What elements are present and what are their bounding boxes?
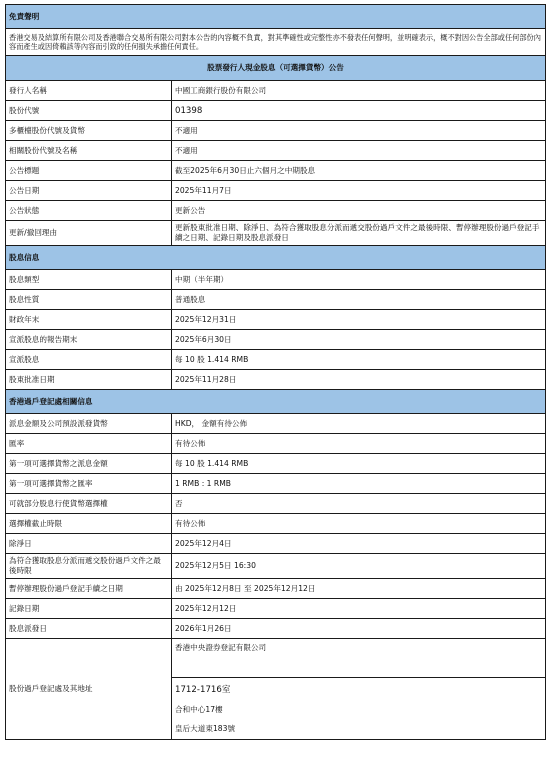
- label-shareholder-approval-date: 股東批准日期: [6, 370, 172, 390]
- label-multi-counter: 多櫃檯股份代號及貨幣: [6, 121, 172, 141]
- label-update-reason: 更新/撤回理由: [6, 221, 172, 246]
- value-financial-year-end: 2025年12月31日: [172, 310, 546, 330]
- row-ex-date: 除淨日 2025年12月4日: [6, 534, 546, 554]
- row-reporting-period-end: 宣派股息的報告期末 2025年6月30日: [6, 330, 546, 350]
- value-exchange-rate: 有待公佈: [172, 434, 546, 454]
- row-payment-date: 股息派發日 2026年1月26日: [6, 619, 546, 639]
- label-reporting-period-end: 宣派股息的報告期末: [6, 330, 172, 350]
- label-issuer-name: 發行人名稱: [6, 81, 172, 101]
- row-announcement-status: 公告狀態 更新公告: [6, 201, 546, 221]
- disclaimer-text: 香港交易及結算所有限公司及香港聯合交易所有限公司對本公告的內容概不負責，對其準確…: [6, 29, 546, 56]
- row-payment-currency: 派息金額及公司預設派發貨幣 HKD， 金額有待公佈: [6, 414, 546, 434]
- row-option1-amount: 第一項可選擇貨幣之派息金額 每 10 股 1.414 RMB: [6, 454, 546, 474]
- label-ex-date: 除淨日: [6, 534, 172, 554]
- value-election-deadline: 有待公佈: [172, 514, 546, 534]
- address-line-3: 皇后大道東183號: [175, 719, 542, 738]
- label-payment-date: 股息派發日: [6, 619, 172, 639]
- address-line-1: 1712-1716室: [175, 681, 542, 700]
- value-declared-dividend: 每 10 股 1.414 RMB: [172, 350, 546, 370]
- announcement-table: 免責聲明 香港交易及結算所有限公司及香港聯合交易所有限公司對本公告的內容概不負責…: [5, 4, 546, 740]
- label-option1-rate: 第一項可選擇貨幣之匯率: [6, 474, 172, 494]
- value-ex-date: 2025年12月4日: [172, 534, 546, 554]
- label-registrar: 股份過戶登記處及其地址: [6, 639, 172, 740]
- row-stock-code: 股份代號 01398: [6, 101, 546, 121]
- label-exchange-rate: 匯率: [6, 434, 172, 454]
- label-related-stock: 相關股份代號及名稱: [6, 141, 172, 161]
- value-transfer-deadline: 2025年12月5日 16:30: [172, 554, 546, 579]
- value-dividend-type: 中期（半年期）: [172, 270, 546, 290]
- value-stock-code: 01398: [172, 101, 546, 121]
- dividend-announcement-document: 免責聲明 香港交易及結算所有限公司及香港聯合交易所有限公司對本公告的內容概不負責…: [5, 4, 545, 740]
- row-dividend-type: 股息類型 中期（半年期）: [6, 270, 546, 290]
- disclaimer-title: 免責聲明: [6, 5, 546, 29]
- row-multi-counter: 多櫃檯股份代號及貨幣 不適用: [6, 121, 546, 141]
- label-dividend-nature: 股息性質: [6, 290, 172, 310]
- value-option1-amount: 每 10 股 1.414 RMB: [172, 454, 546, 474]
- label-record-date: 記錄日期: [6, 599, 172, 619]
- row-related-stock: 相關股份代號及名稱 不適用: [6, 141, 546, 161]
- row-exchange-rate: 匯率 有待公佈: [6, 434, 546, 454]
- value-reporting-period-end: 2025年6月30日: [172, 330, 546, 350]
- address-line-2: 合和中心17樓: [175, 700, 542, 719]
- value-announcement-title: 截至2025年6月30日止六個月之中期股息: [172, 161, 546, 181]
- row-update-reason: 更新/撤回理由 更新股東批准日期、除淨日、為符合獲取股息分派而遞交股份過戶文件之…: [6, 221, 546, 246]
- value-related-stock: 不適用: [172, 141, 546, 161]
- value-option1-rate: 1 RMB : 1 RMB: [172, 474, 546, 494]
- row-financial-year-end: 財政年末 2025年12月31日: [6, 310, 546, 330]
- row-declared-dividend: 宣派股息 每 10 股 1.414 RMB: [6, 350, 546, 370]
- label-transfer-deadline: 為符合獲取股息分派而遞交股份過戶文件之最後時限: [6, 554, 172, 579]
- announcement-title: 股票發行人現金股息（可選擇貨幣）公告: [6, 56, 546, 81]
- label-announcement-title: 公告標題: [6, 161, 172, 181]
- label-option1-amount: 第一項可選擇貨幣之派息金額: [6, 454, 172, 474]
- value-announcement-status: 更新公告: [172, 201, 546, 221]
- row-shareholder-approval-date: 股東批准日期 2025年11月28日: [6, 370, 546, 390]
- row-announcement-title: 公告標題 截至2025年6月30日止六個月之中期股息: [6, 161, 546, 181]
- value-shareholder-approval-date: 2025年11月28日: [172, 370, 546, 390]
- value-dividend-nature: 普通股息: [172, 290, 546, 310]
- row-record-date: 記錄日期 2025年12月12日: [6, 599, 546, 619]
- value-book-closure: 由 2025年12月8日 至 2025年12月12日: [172, 579, 546, 599]
- row-registrar: 股份過戶登記處及其地址 香港中央證券登記有限公司: [6, 639, 546, 678]
- row-dividend-nature: 股息性質 普通股息: [6, 290, 546, 310]
- label-declared-dividend: 宣派股息: [6, 350, 172, 370]
- label-dividend-type: 股息類型: [6, 270, 172, 290]
- value-payment-date: 2026年1月26日: [172, 619, 546, 639]
- row-election-deadline: 選擇權截止時限 有待公佈: [6, 514, 546, 534]
- label-partial-election: 可就部分股息行使貨幣選擇權: [6, 494, 172, 514]
- row-option1-rate: 第一項可選擇貨幣之匯率 1 RMB : 1 RMB: [6, 474, 546, 494]
- row-partial-election: 可就部分股息行使貨幣選擇權 否: [6, 494, 546, 514]
- value-update-reason: 更新股東批准日期、除淨日、為符合獲取股息分派而遞交股份過戶文件之最後時限、暫停辦…: [172, 221, 546, 246]
- label-payment-currency: 派息金額及公司預設派發貨幣: [6, 414, 172, 434]
- label-financial-year-end: 財政年末: [6, 310, 172, 330]
- value-announcement-date: 2025年11月7日: [172, 181, 546, 201]
- row-book-closure: 暫停辦理股份過戶登記手續之日期 由 2025年12月8日 至 2025年12月1…: [6, 579, 546, 599]
- section-dividend-info-title: 股息信息: [6, 246, 546, 270]
- row-announcement-date: 公告日期 2025年11月7日: [6, 181, 546, 201]
- value-registrar-name: 香港中央證券登記有限公司: [172, 639, 546, 678]
- value-issuer-name: 中國工商銀行股份有限公司: [172, 81, 546, 101]
- value-partial-election: 否: [172, 494, 546, 514]
- value-multi-counter: 不適用: [172, 121, 546, 141]
- value-registrar-address: 1712-1716室 合和中心17樓 皇后大道東183號: [172, 678, 546, 740]
- row-transfer-deadline: 為符合獲取股息分派而遞交股份過戶文件之最後時限 2025年12月5日 16:30: [6, 554, 546, 579]
- section-hk-registrar-title: 香港過戶登記處相關信息: [6, 390, 546, 414]
- value-payment-currency: HKD， 金額有待公佈: [172, 414, 546, 434]
- label-announcement-status: 公告狀態: [6, 201, 172, 221]
- value-record-date: 2025年12月12日: [172, 599, 546, 619]
- label-stock-code: 股份代號: [6, 101, 172, 121]
- label-announcement-date: 公告日期: [6, 181, 172, 201]
- label-election-deadline: 選擇權截止時限: [6, 514, 172, 534]
- row-issuer-name: 發行人名稱 中國工商銀行股份有限公司: [6, 81, 546, 101]
- label-book-closure: 暫停辦理股份過戶登記手續之日期: [6, 579, 172, 599]
